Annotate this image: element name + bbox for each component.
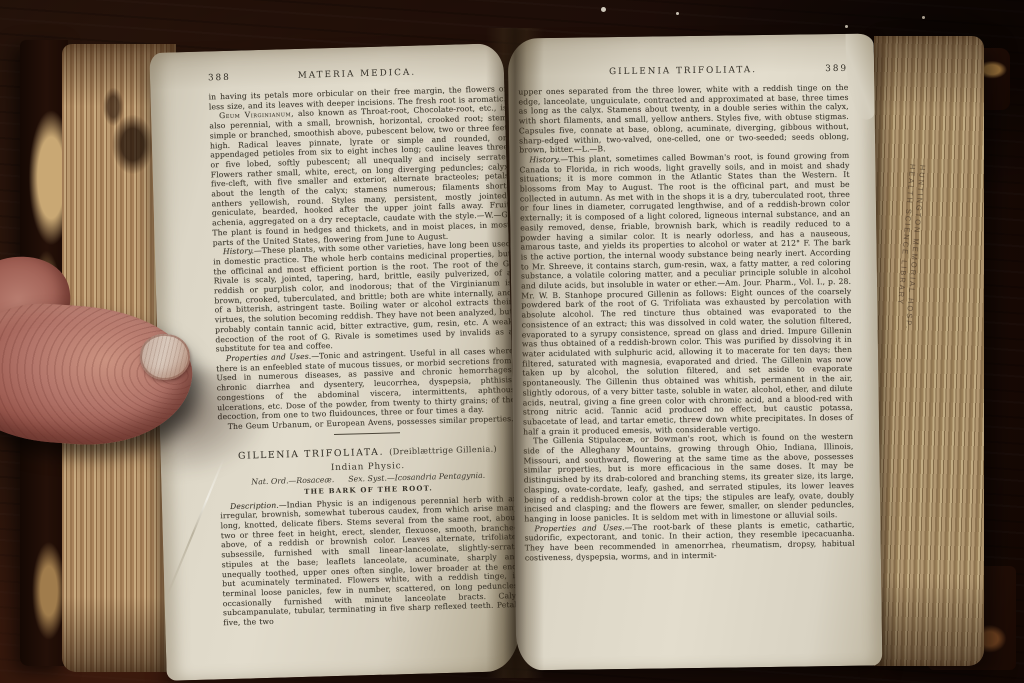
right-page: GILLENIA TRIFOLIATA. 389 upper ones sepa… [508, 33, 883, 670]
right-running-head: GILLENIA TRIFOLIATA. 389 [518, 64, 848, 79]
thumb-holding-page [0, 276, 204, 474]
paragraph-description: Description.—Indian Physic is an indigen… [220, 494, 521, 628]
paragraph-history: History.—These plants, with some other v… [213, 239, 514, 354]
paragraph: upper ones separated from the three lowe… [518, 83, 849, 156]
section-divider-rule [334, 432, 400, 435]
paragraph: Geum Virginianum, also known as Throat-r… [209, 104, 511, 248]
sexual-system: Sex. Syst.—Icosandria Pentagynia. [348, 470, 485, 483]
paragraph: The Gillenia Stipulaceæ, or Bowman's roo… [523, 432, 854, 524]
page-corner-curl [846, 33, 875, 119]
natural-order: Nat. Ord.—Rosaceæ. [251, 475, 334, 486]
left-page: 388 MATERIA MEDICA. in having its petals… [149, 43, 520, 681]
page-number: 388 [208, 72, 250, 83]
running-title: GILLENIA TRIFOLIATA. [560, 64, 806, 77]
right-fore-edge-block: HUNTINGTON MEMORIAL HOSP. HEALTH SCIENCE… [874, 36, 984, 666]
left-running-head: 388 MATERIA MEDICA. [208, 65, 506, 83]
paragraph-properties: Properties and Uses.—The root-bark of th… [524, 519, 855, 562]
page-crease [166, 457, 225, 596]
paragraph-history: History.—This plant, sometimes called Bo… [519, 151, 853, 437]
page-number: 389 [806, 64, 848, 75]
book-photo-scene: HUNTINGTON MEMORIAL HOSP. HEALTH SCIENCE… [0, 0, 1024, 683]
running-title: MATERIA MEDICA. [250, 66, 464, 82]
section-title-german: (Dreiblættrige Gillenia.) [389, 443, 497, 456]
wood-paint-speckles [0, 0, 3, 3]
library-stamp: HUNTINGTON MEMORIAL HOSP. HEALTH SCIENCE… [893, 163, 927, 330]
